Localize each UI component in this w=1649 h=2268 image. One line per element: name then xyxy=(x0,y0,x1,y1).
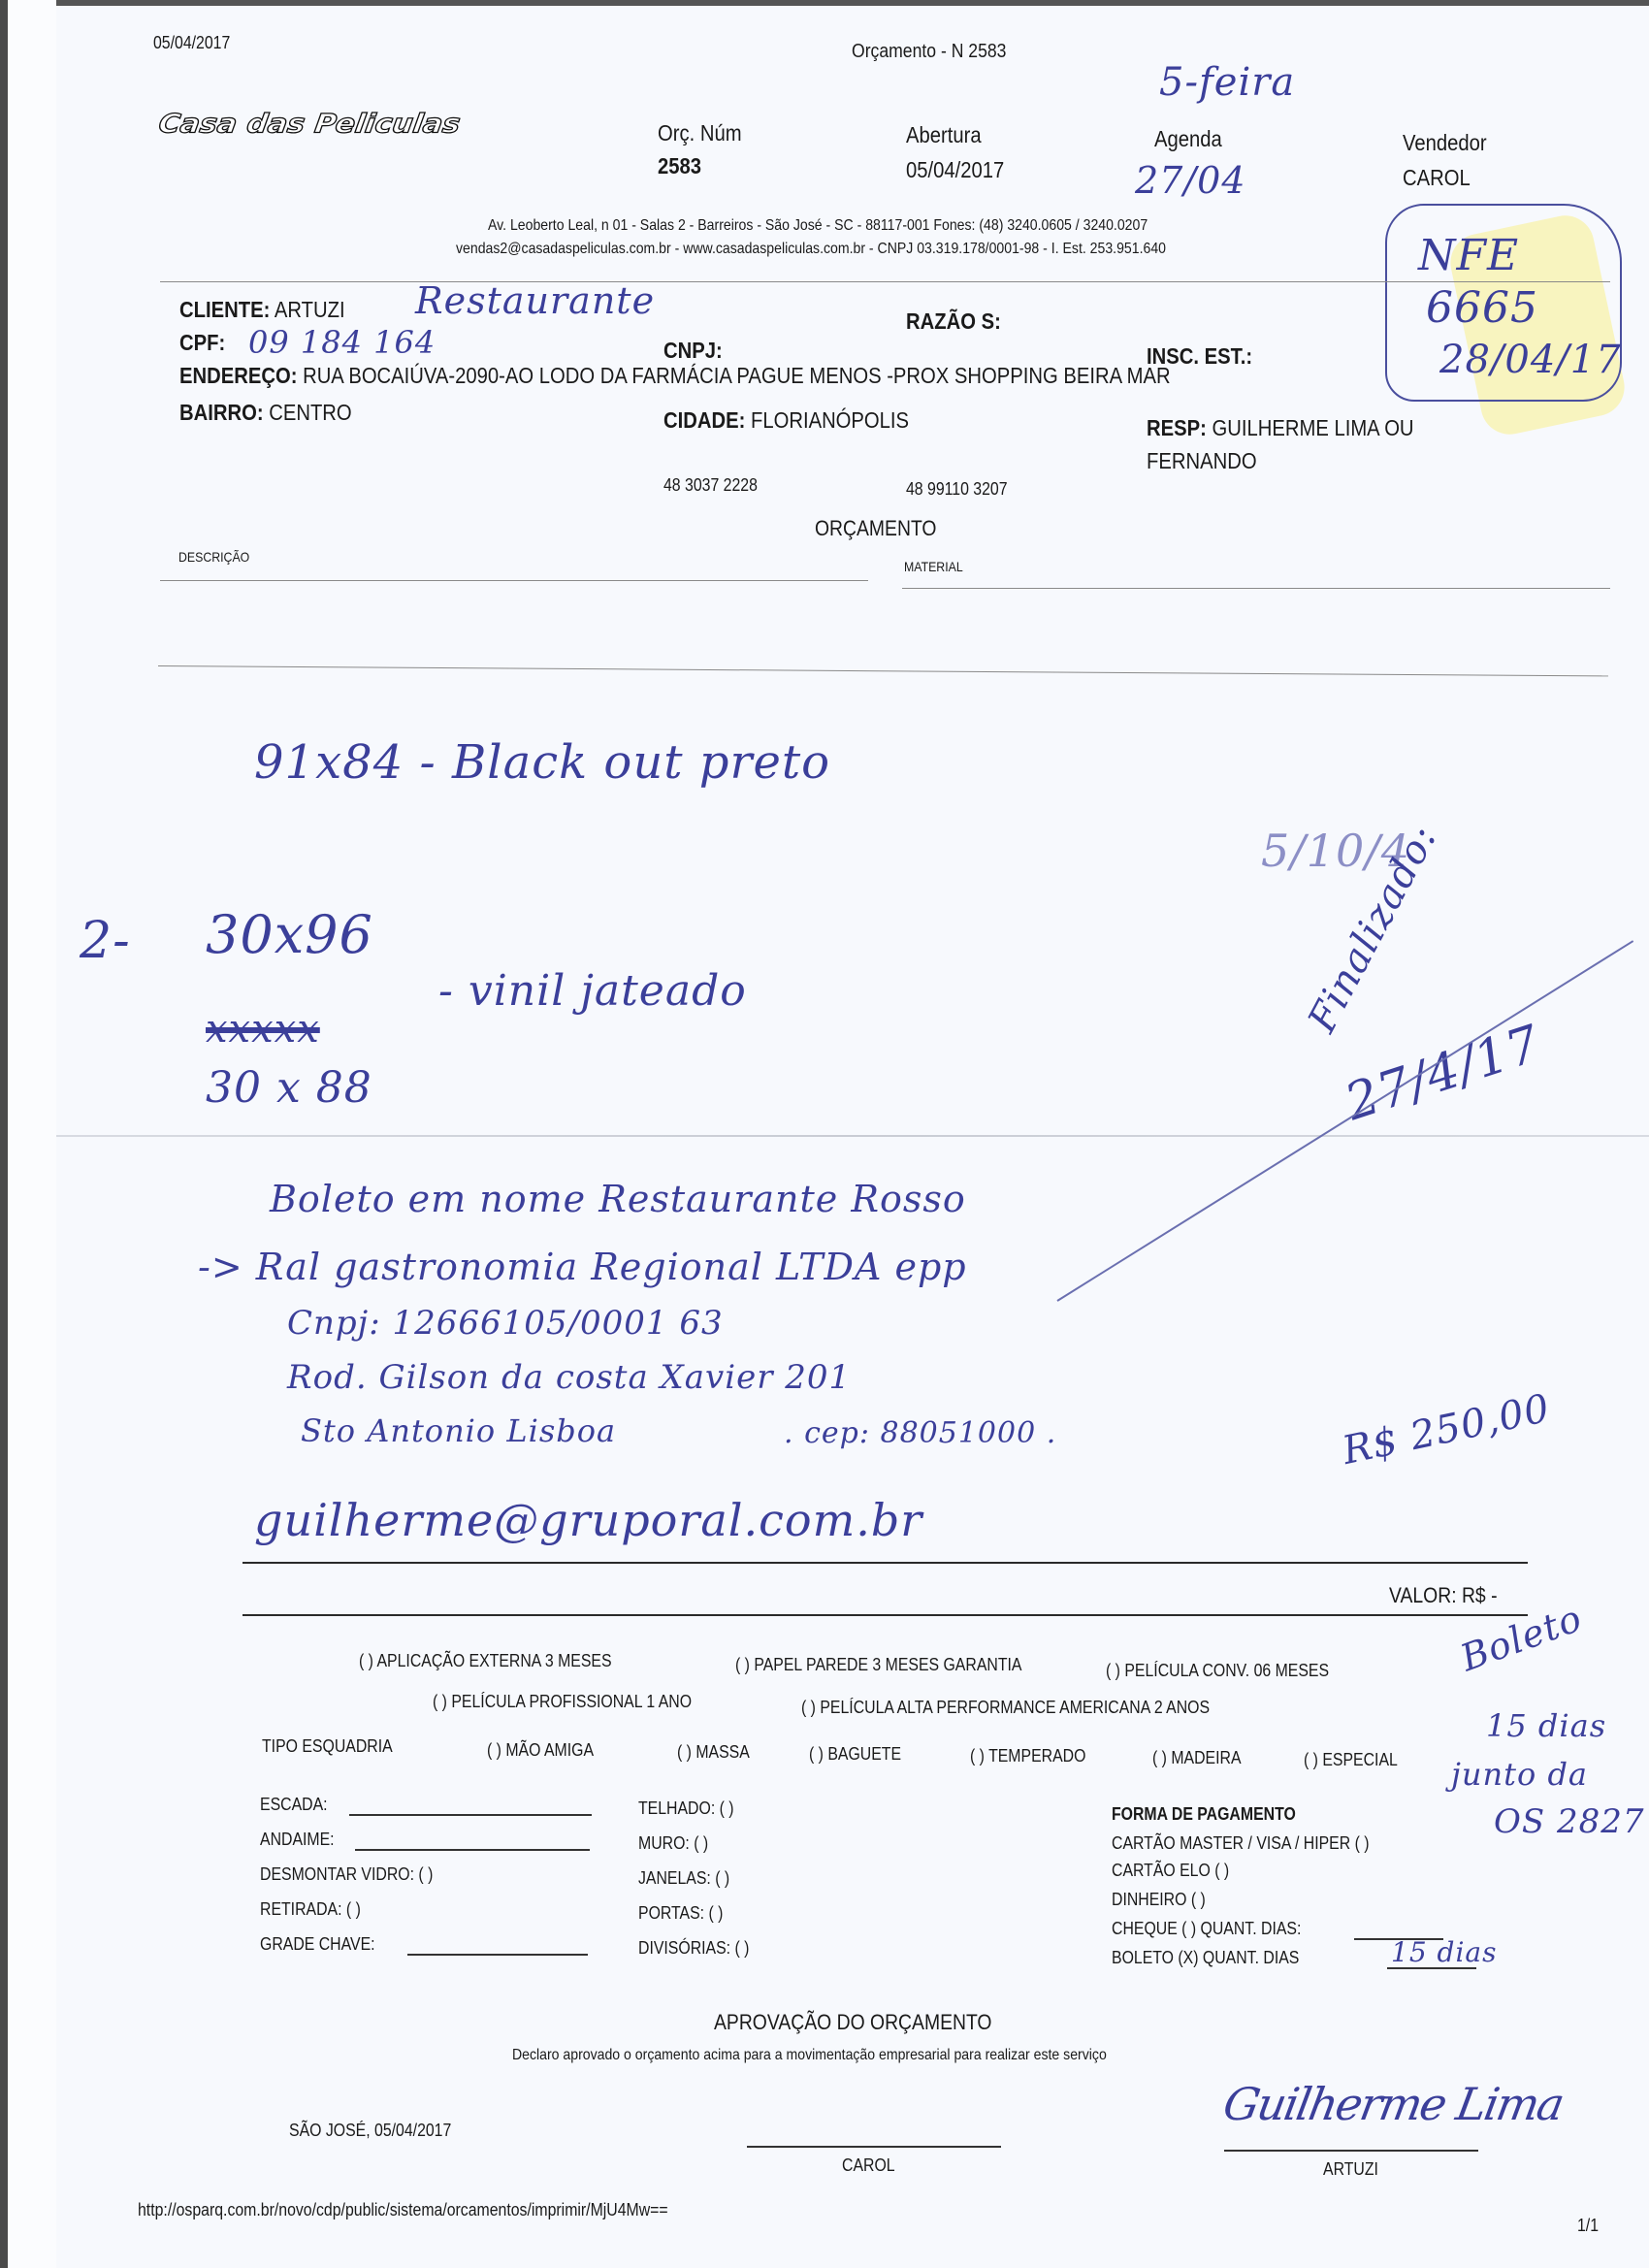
billing-note-line3: Cnpj: 12666105/0001 63 xyxy=(287,1304,724,1343)
payment-option-cheque[interactable]: CHEQUE ( ) QUANT. DIAS: xyxy=(1112,1919,1301,1939)
esquadria-option-baguete[interactable]: ( ) BAGUETE xyxy=(809,1744,901,1765)
billing-note-email: guilherme@gruporal.com.br xyxy=(254,1494,922,1546)
extra-grade-chave: GRADE CHAVE: xyxy=(260,1934,375,1955)
bairro-label: BAIRRO: xyxy=(179,400,264,425)
grade-chave-field[interactable] xyxy=(407,1954,588,1956)
cliente-label: CLIENTE: xyxy=(179,297,270,322)
phone-2: 48 99110 3207 xyxy=(906,479,1008,500)
material-underline xyxy=(902,588,1610,589)
handwritten-item-3-size: 30 x 88 xyxy=(206,1063,372,1113)
warranty-option-5[interactable]: ( ) PELÍCULA ALTA PERFORMANCE AMERICANA … xyxy=(801,1698,1210,1718)
footer-url: http://osparq.com.br/novo/cdp/public/sis… xyxy=(138,2200,668,2220)
email-underline xyxy=(242,1562,1528,1564)
andaime-field[interactable] xyxy=(355,1849,590,1851)
handwritten-item-3-crossed: xxxxx xyxy=(206,1007,320,1052)
seller-sign-name: CAROL xyxy=(842,2155,895,2176)
billing-note-line2: -> Ral gastronomia Regional LTDA epp xyxy=(198,1246,967,1288)
resp-value-line2: FERNANDO xyxy=(1147,448,1257,474)
endereco-value: RUA BOCAIÚVA-2090-AO LODO DA FARMÁCIA PA… xyxy=(303,363,1171,388)
cliente-handwritten: Restaurante xyxy=(415,279,655,322)
nfe-line1: NFE xyxy=(1418,231,1519,280)
header-divider xyxy=(160,281,1610,282)
approval-place-date: SÃO JOSÉ, 05/04/2017 xyxy=(289,2121,451,2141)
scan-margin xyxy=(8,0,56,2268)
handwritten-item-2-qty: 2- xyxy=(80,912,131,970)
extra-janelas[interactable]: JANELAS: ( ) xyxy=(638,1868,729,1889)
agenda-handwritten-date: 27/04 xyxy=(1135,159,1246,202)
valor-label: VALOR: R$ - xyxy=(1389,1583,1498,1608)
extra-retirada[interactable]: RETIRADA: ( ) xyxy=(260,1899,361,1920)
cidade-label: CIDADE: xyxy=(663,407,745,433)
esquadria-label: TIPO ESQUADRIA xyxy=(262,1736,393,1757)
payment-option-boleto[interactable]: BOLETO (X) QUANT. DIAS xyxy=(1112,1948,1299,1968)
extra-escada: ESCADA: xyxy=(260,1795,328,1815)
descricao-underline xyxy=(160,580,868,581)
approval-title: APROVAÇÃO DO ORÇAMENTO xyxy=(714,2010,992,2035)
handwritten-item-1: 91x84 - Black out preto xyxy=(254,735,830,790)
descricao-label: DESCRIÇÃO xyxy=(178,549,249,565)
payment-option-dinheiro[interactable]: DINHEIRO ( ) xyxy=(1112,1890,1206,1910)
cpf-handwritten: 09 184 164 xyxy=(248,324,436,361)
orcamento-section-title: ORÇAMENTO xyxy=(815,516,936,541)
payment-title: FORMA DE PAGAMENTO xyxy=(1112,1804,1296,1825)
orc-num-value: 2583 xyxy=(658,153,701,179)
print-date: 05/04/2017 xyxy=(153,33,230,53)
billing-note-line1: Boleto em nome Restaurante Rosso xyxy=(270,1178,966,1220)
footer-page-number: 1/1 xyxy=(1577,2216,1599,2236)
extra-portas[interactable]: PORTAS: ( ) xyxy=(638,1903,723,1924)
payment-option-cartao-master[interactable]: CARTÃO MASTER / VISA / HIPER ( ) xyxy=(1112,1833,1370,1854)
esquadria-option-madeira[interactable]: ( ) MADEIRA xyxy=(1152,1748,1242,1768)
billing-note-line4: Rod. Gilson da costa Xavier 201 xyxy=(287,1358,851,1397)
esquadria-option-massa[interactable]: ( ) MASSA xyxy=(677,1742,750,1763)
extra-muro[interactable]: MURO: ( ) xyxy=(638,1833,708,1854)
material-label: MATERIAL xyxy=(904,559,963,574)
resp-label: RESP: xyxy=(1147,415,1207,440)
handwritten-item-2-size: 30x96 xyxy=(206,904,373,965)
nfe-line2: 6665 xyxy=(1426,283,1538,333)
valor-underline xyxy=(242,1614,1528,1616)
client-signature: Guilherme Lima xyxy=(1219,2078,1567,2130)
esquadria-option-temperado[interactable]: ( ) TEMPERADO xyxy=(970,1746,1085,1766)
warranty-option-3[interactable]: ( ) PELÍCULA CONV. 06 MESES xyxy=(1106,1661,1329,1681)
warranty-option-2[interactable]: ( ) PAPEL PAREDE 3 MESES GARANTIA xyxy=(735,1655,1021,1675)
handwritten-item-2-material: - vinil jateado xyxy=(438,966,747,1016)
resp-value-line1: GUILHERME LIMA OU xyxy=(1212,415,1413,440)
vendedor-value: CAROL xyxy=(1403,165,1471,191)
extra-telhado[interactable]: TELHADO: ( ) xyxy=(638,1798,734,1819)
orc-num-label: Orç. Núm xyxy=(658,120,742,146)
cpf-label: CPF: xyxy=(179,330,225,356)
billing-note-line5: Sto Antonio Lisboa xyxy=(301,1412,616,1449)
cliente-value: ARTUZI xyxy=(275,297,345,322)
seller-signature-line[interactable] xyxy=(747,2146,1001,2148)
billing-note-cep: . cep: 88051000 . xyxy=(784,1416,1056,1450)
abertura-value: 05/04/2017 xyxy=(906,157,1004,183)
escada-field[interactable] xyxy=(349,1814,592,1816)
approval-declaration: Declaro aprovado o orçamento acima para … xyxy=(512,2047,1107,2064)
payment-side-note-2: 15 dias xyxy=(1486,1707,1606,1744)
warranty-option-1[interactable]: ( ) APLICAÇÃO EXTERNA 3 MESES xyxy=(359,1651,612,1671)
phone-1: 48 3037 2228 xyxy=(663,475,758,496)
abertura-label: Abertura xyxy=(906,122,982,148)
esquadria-option-especial[interactable]: ( ) ESPECIAL xyxy=(1304,1750,1398,1770)
payment-side-note-4: OS 2827 xyxy=(1494,1802,1645,1841)
agenda-label: Agenda xyxy=(1154,126,1222,152)
razao-label: RAZÃO S: xyxy=(906,308,1001,335)
extra-desmontar-vidro[interactable]: DESMONTAR VIDRO: ( ) xyxy=(260,1864,433,1885)
nfe-line3: 28/04/17 xyxy=(1439,338,1622,382)
company-logo: Casa das Peliculas xyxy=(157,109,463,140)
cidade-value: FLORIANÓPOLIS xyxy=(751,407,909,433)
client-sign-name: ARTUZI xyxy=(1323,2159,1378,2180)
paper-fold-line xyxy=(56,1135,1649,1137)
extra-divisorias[interactable]: DIVISÓRIAS: ( ) xyxy=(638,1938,749,1959)
cnpj-label: CNPJ: xyxy=(663,338,723,364)
warranty-option-4[interactable]: ( ) PELÍCULA PROFISSIONAL 1 ANO xyxy=(433,1692,692,1712)
agenda-handwritten-day: 5-feira xyxy=(1159,60,1295,105)
bairro-value: CENTRO xyxy=(269,400,351,425)
payment-option-cartao-elo[interactable]: CARTÃO ELO ( ) xyxy=(1112,1861,1229,1881)
scan-edge-left xyxy=(0,0,8,2268)
client-signature-line[interactable] xyxy=(1224,2150,1478,2152)
company-contact: vendas2@casadaspeliculas.com.br - www.ca… xyxy=(456,241,1166,258)
boleto-days-handwritten: 15 dias xyxy=(1391,1936,1497,1968)
company-address: Av. Leoberto Leal, n 01 - Salas 2 - Barr… xyxy=(488,217,1148,235)
vendedor-label: Vendedor xyxy=(1403,130,1487,156)
print-title: Orçamento - N 2583 xyxy=(852,41,1006,63)
endereco-label: ENDEREÇO: xyxy=(179,363,297,388)
payment-side-note-3: junto da xyxy=(1451,1756,1588,1793)
esquadria-option-mao-amiga[interactable]: ( ) MÃO AMIGA xyxy=(487,1740,594,1761)
extra-andaime: ANDAIME: xyxy=(260,1830,335,1850)
